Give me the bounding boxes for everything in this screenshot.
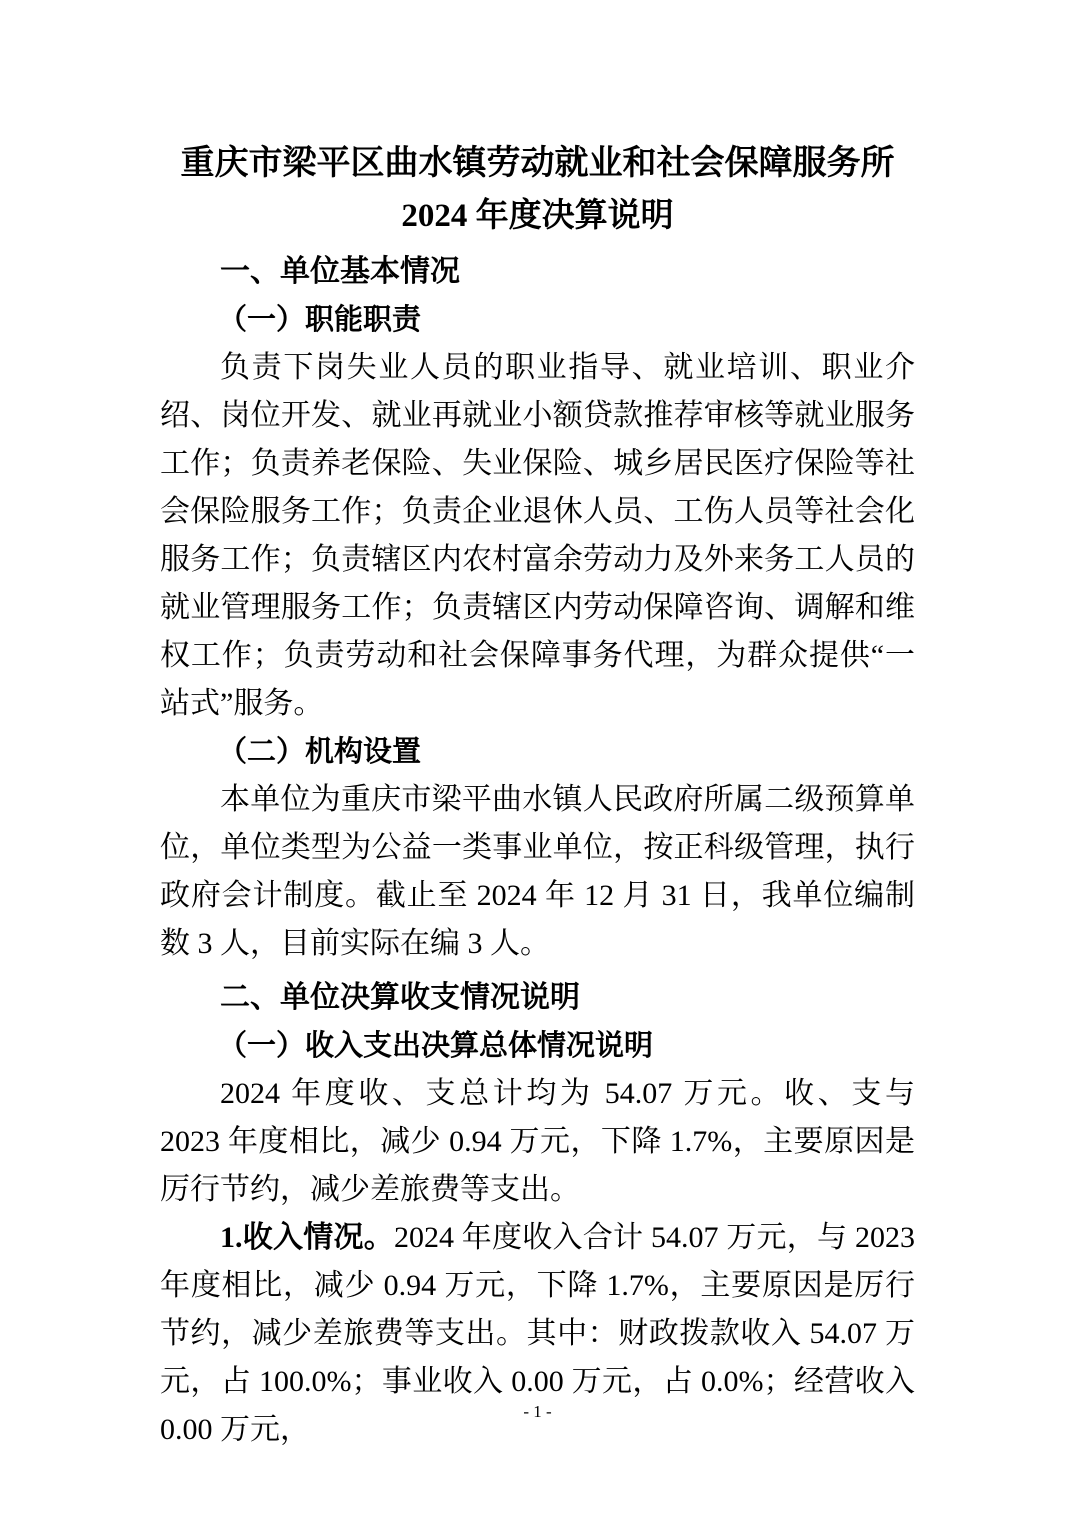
- document-title-line1: 重庆市梁平区曲水镇劳动就业和社会保障服务所: [160, 138, 915, 190]
- section1-sub1-heading: （一）职能职责: [160, 296, 915, 344]
- section1-sub2-heading: （二）机构设置: [160, 728, 915, 776]
- section1-sub1-paragraph: 负责下岗失业人员的职业指导、就业培训、职业介绍、岗位开发、就业再就业小额贷款推荐…: [160, 344, 915, 728]
- section2-sub1-heading: （一）收入支出决算总体情况说明: [160, 1022, 915, 1070]
- document-content: 重庆市梁平区曲水镇劳动就业和社会保障服务所 2024 年度决算说明 一、单位基本…: [160, 138, 915, 1454]
- income-paragraph-lead: 1.收入情况。: [220, 1221, 394, 1254]
- page-number: - 1 -: [0, 1400, 1075, 1424]
- document-title-line2: 2024 年度决算说明: [160, 190, 915, 242]
- section2-heading: 二、单位决算收支情况说明: [160, 974, 915, 1022]
- section1-sub2-paragraph: 本单位为重庆市梁平曲水镇人民政府所属二级预算单位，单位类型为公益一类事业单位，按…: [160, 776, 915, 968]
- document-page: 重庆市梁平区曲水镇劳动就业和社会保障服务所 2024 年度决算说明 一、单位基本…: [0, 0, 1075, 1520]
- section2-sub1-paragraph: 2024 年度收、支总计均为 54.07 万元。收、支与 2023 年度相比，减…: [160, 1070, 915, 1214]
- section1-heading: 一、单位基本情况: [160, 248, 915, 296]
